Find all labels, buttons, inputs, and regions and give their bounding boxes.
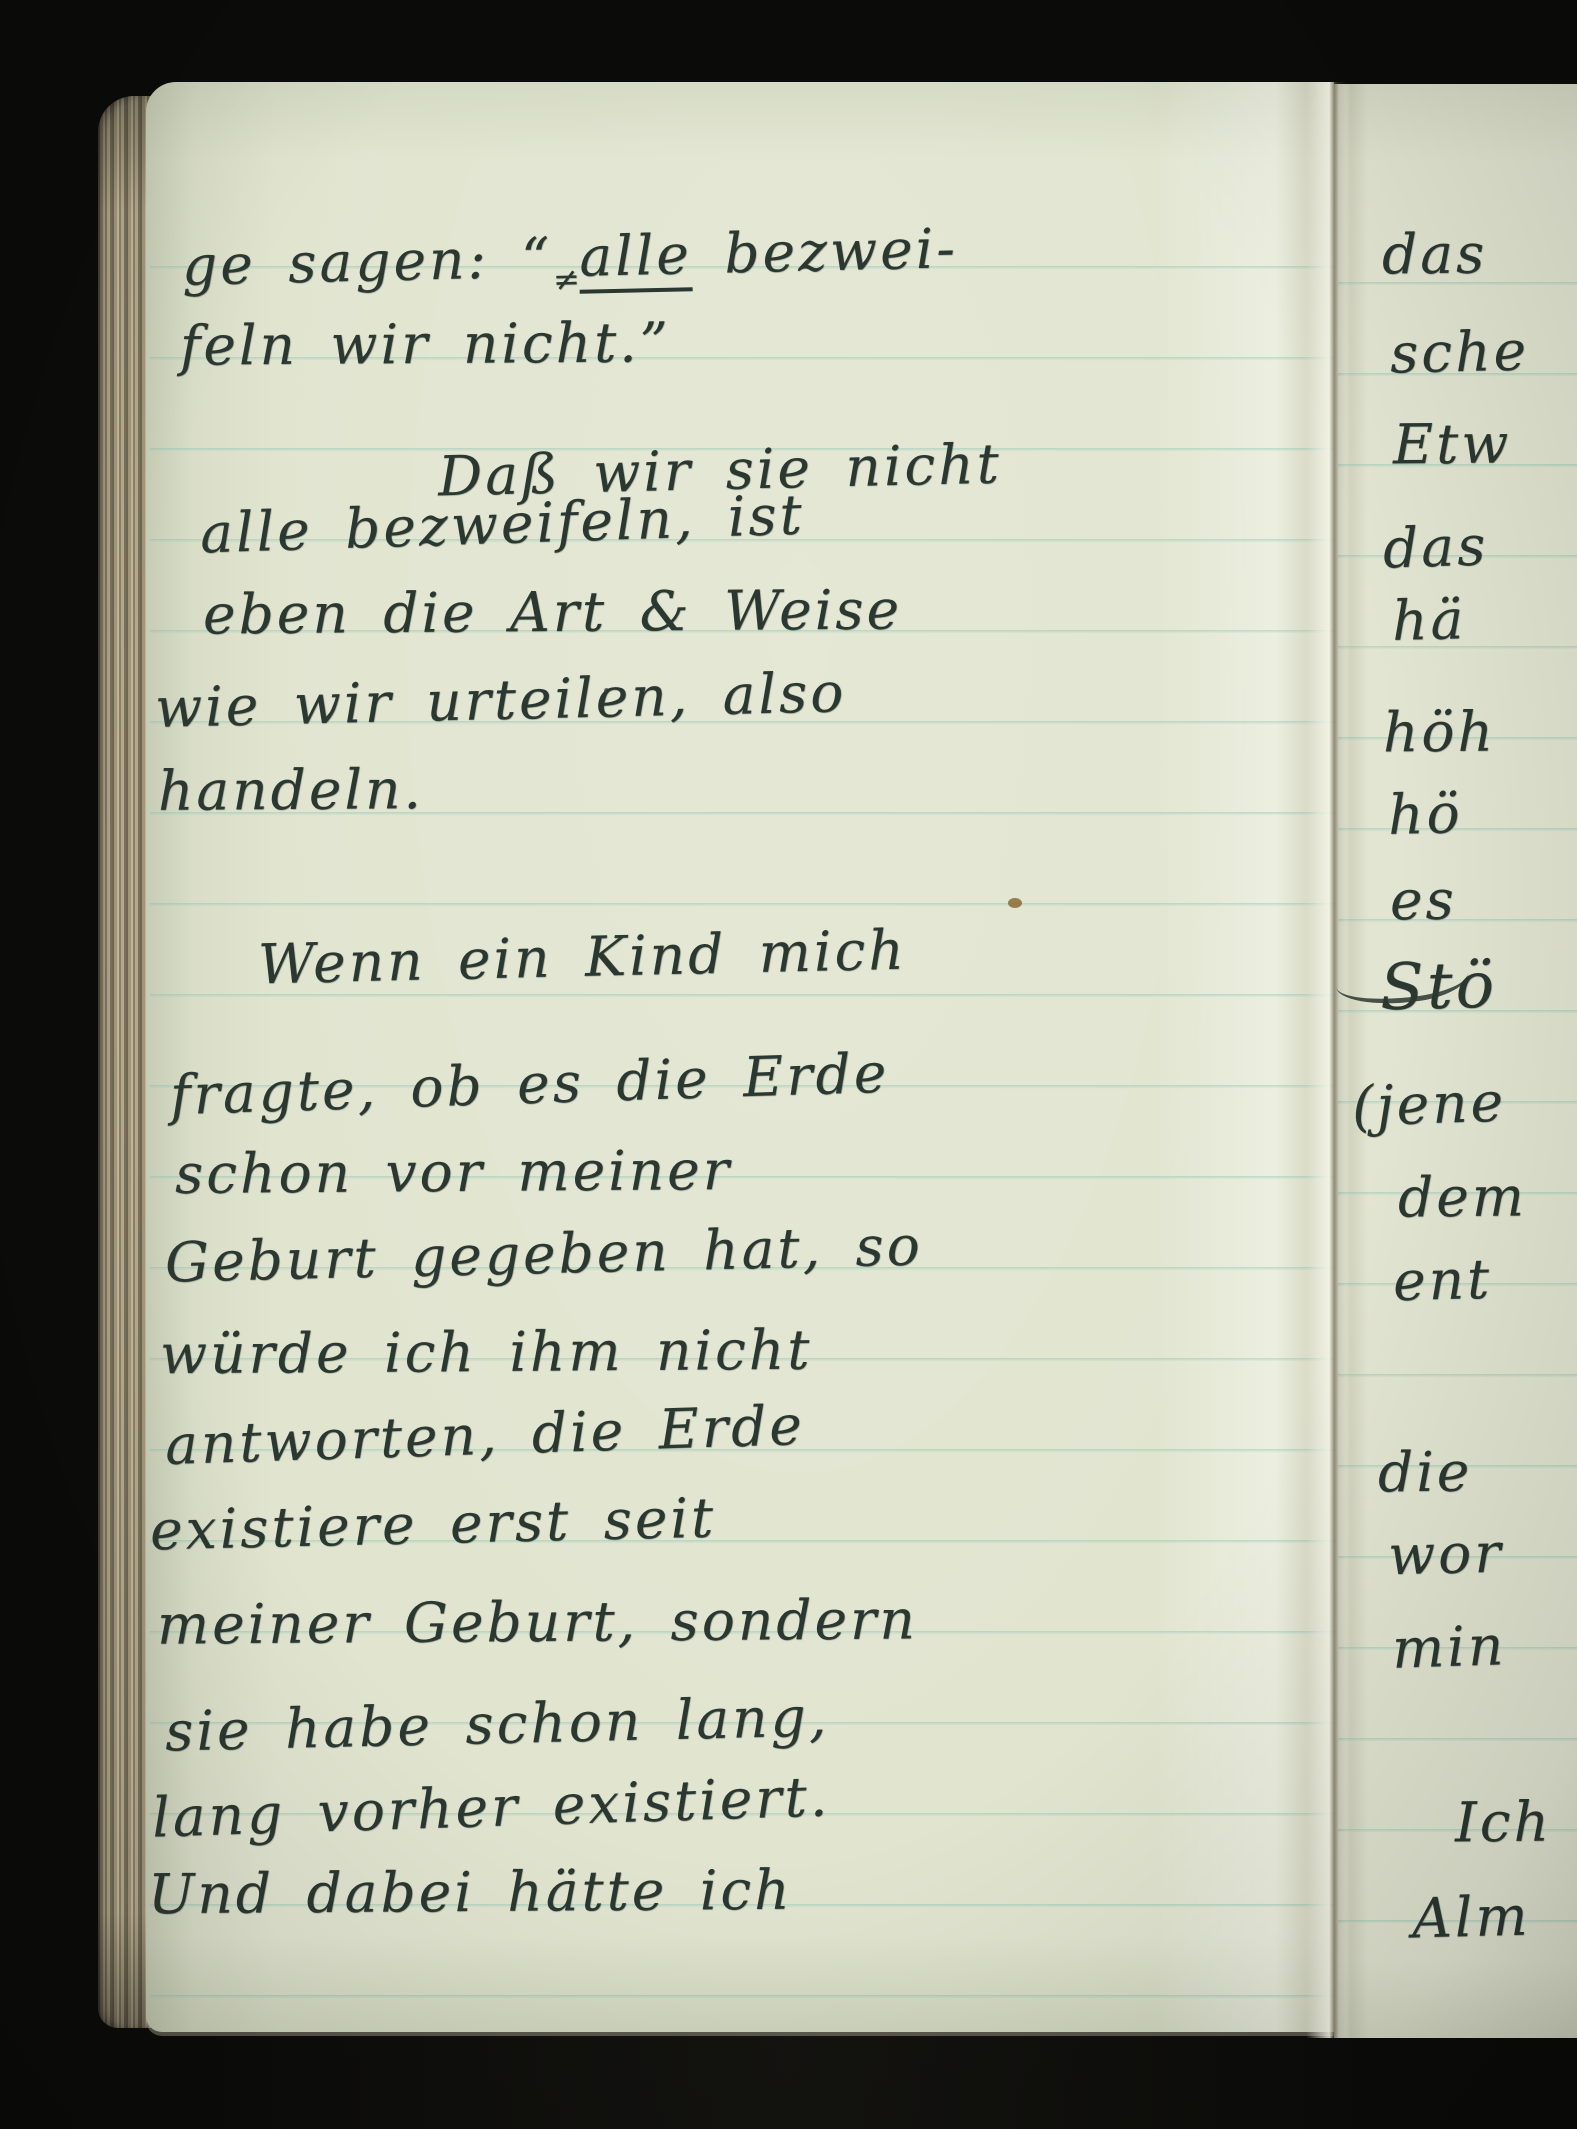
underlined-word: alle bbox=[579, 222, 693, 294]
handwriting-fragment: höh bbox=[1383, 700, 1496, 765]
handwriting-line: alle bezweifeln, ist bbox=[199, 483, 805, 566]
handwriting-line: antworten, die Erde bbox=[164, 1393, 806, 1477]
handwriting-line: ge sagen: “≠alle bezwei- bbox=[181, 216, 958, 307]
handwriting-fragment: ent bbox=[1392, 1247, 1493, 1313]
line1-post: bezwei- bbox=[691, 216, 958, 286]
handwriting-line: würde ich ihm nicht bbox=[160, 1318, 813, 1387]
handwriting-line: schon vor meiner bbox=[175, 1138, 732, 1206]
handwriting-fragment: sche bbox=[1389, 318, 1529, 385]
handwriting-line: meiner Geburt, sondern bbox=[157, 1587, 918, 1656]
handwriting-fragment: dem bbox=[1398, 1165, 1527, 1230]
handwriting-fragment: hä bbox=[1391, 587, 1467, 653]
handwriting-line: feln wir nicht.” bbox=[180, 310, 671, 377]
insertion-caret: ≠ bbox=[553, 260, 581, 299]
handwriting-line: existiere erst seit bbox=[149, 1486, 716, 1563]
handwriting-line: wie wir urteilen, also bbox=[154, 660, 847, 740]
handwriting-line: Und dabei hätte ich bbox=[148, 1858, 793, 1926]
handwriting-line: fragte, ob es die Erde bbox=[169, 1041, 890, 1128]
handwriting-fragment: die bbox=[1378, 1440, 1473, 1505]
handwriting-fragment: (jene bbox=[1351, 1070, 1507, 1139]
handwriting-line: handeln. bbox=[158, 757, 424, 823]
handwriting-line: eben die Art & Weise bbox=[203, 578, 902, 647]
handwriting-layer: ge sagen: “≠alle bezwei- feln wir nicht.… bbox=[0, 0, 1577, 2129]
handwriting-line: lang vorher existiert. bbox=[151, 1764, 831, 1849]
handwriting-line: sie habe schon lang, bbox=[164, 1684, 830, 1763]
handwriting-line: Geburt gegeben hat, so bbox=[164, 1213, 923, 1294]
notebook-photo: ge sagen: “≠alle bezwei- feln wir nicht.… bbox=[0, 0, 1577, 2129]
handwriting-fragment: wor bbox=[1387, 1521, 1504, 1588]
handwriting-fragment: min bbox=[1391, 1613, 1507, 1681]
handwriting-fragment: Ich bbox=[1455, 1790, 1552, 1855]
handwriting-fragment: Etw bbox=[1393, 412, 1512, 477]
handwriting-fragment: Alm bbox=[1411, 1884, 1531, 1951]
handwriting-fragment: das bbox=[1382, 222, 1488, 287]
handwriting-line: Wenn ein Kind mich bbox=[257, 918, 907, 997]
handwriting-fragment: das bbox=[1382, 513, 1489, 580]
line1-pre: ge sagen: “ bbox=[181, 225, 553, 297]
handwriting-fragment: hö bbox=[1387, 781, 1463, 847]
handwriting-fragment: es bbox=[1390, 868, 1457, 932]
handwriting-fragment: Stö bbox=[1379, 949, 1498, 1026]
